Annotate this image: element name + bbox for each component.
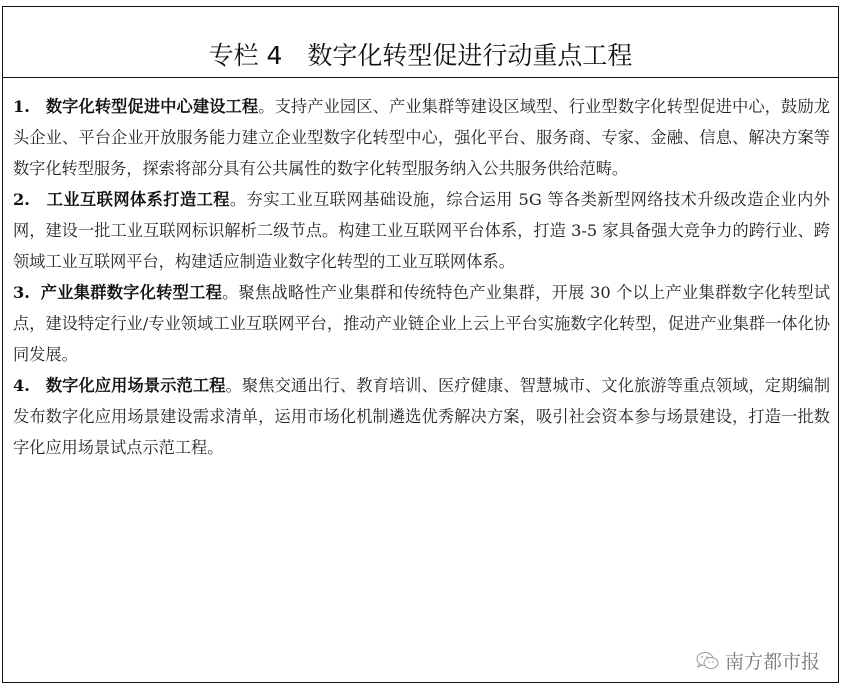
- item-title: 工业互联网体系打造工程: [47, 190, 230, 209]
- box-content: 1. 数字化转型促进中心建设工程。支持产业园区、产业集群等建设区域型、行业型数字…: [3, 78, 838, 682]
- item-number: 1.: [13, 97, 30, 116]
- project-item-4: 4. 数字化应用场景示范工程。聚焦交通出行、教育培训、医疗健康、智慧城市、文化旅…: [13, 370, 830, 463]
- project-item-2: 2. 工业互联网体系打造工程。夯实工业互联网基础设施，综合运用 5G 等各类新型…: [13, 184, 830, 277]
- item-number: 4.: [13, 376, 30, 395]
- item-number: 2.: [13, 190, 30, 209]
- feature-box: 专栏 4 数字化转型促进行动重点工程 1. 数字化转型促进中心建设工程。支持产业…: [2, 6, 839, 683]
- item-number: 3.: [13, 283, 30, 302]
- box-title: 专栏 4 数字化转型促进行动重点工程: [209, 36, 633, 72]
- watermark: 南方都市报: [695, 647, 820, 674]
- wechat-icon: [695, 651, 721, 671]
- item-title: 数字化转型促进中心建设工程: [46, 97, 258, 116]
- item-title: 产业集群数字化转型工程: [41, 283, 222, 302]
- item-title: 数字化应用场景示范工程: [46, 376, 226, 395]
- box-header: 专栏 4 数字化转型促进行动重点工程: [3, 7, 838, 78]
- project-item-1: 1. 数字化转型促进中心建设工程。支持产业园区、产业集群等建设区域型、行业型数字…: [13, 91, 830, 184]
- project-item-3: 3. 产业集群数字化转型工程。聚焦战略性产业集群和传统特色产业集群，开展 30 …: [13, 277, 830, 370]
- watermark-text: 南方都市报: [725, 647, 820, 674]
